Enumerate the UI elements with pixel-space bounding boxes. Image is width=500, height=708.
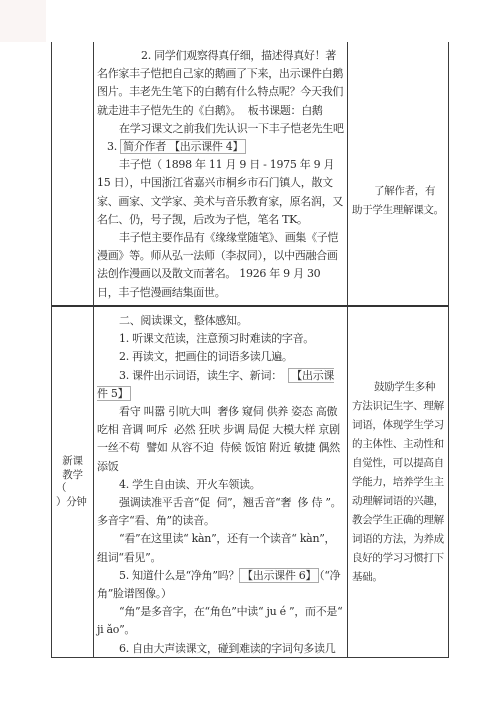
paragraph: 2. 同学们观察得真仔细，描述得真好！著名作家丰子恺把自己家的鹅画了下来，出示课… bbox=[97, 47, 344, 120]
paragraph: （ bbox=[54, 482, 91, 496]
text-run: 3. bbox=[107, 140, 120, 153]
paragraph: 4. 学生自由读、开火车领读。 bbox=[97, 476, 344, 494]
paragraph: “看”在这里读“ kàn”，还有一个读音“ kàn”，组词“看见”。 bbox=[97, 530, 344, 566]
text-run: ）分钟 bbox=[56, 496, 87, 508]
design-intent-text-row2: 鼓励学生多种方法识记生字、理解词语，体现学生学习的主体性、主动性和自觉性，可以提… bbox=[348, 378, 448, 587]
paragraph: 1. 听课文范读，注意预习时难读的字音。 bbox=[97, 330, 344, 348]
text-run: “角”是多音字，在“角色”中读“ ju é ”，而不是“ ji ǎo”。 bbox=[97, 605, 346, 636]
text-run: 4. 学生自由读、开火车领读。 bbox=[119, 478, 261, 491]
text-run: 2. 同学们观察得真仔细，描述得真好！著名作家丰子恺把自己家的鹅画了下来，出示课… bbox=[97, 49, 343, 117]
text-run: 看守 叫嚣 引吭大叫 奢侈 窥伺 供养 姿态 高傲 吃相 音调 呵斥 必然 狂吠… bbox=[97, 405, 343, 473]
text-run: 1. 听课文范读，注意预习时难读的字音。 bbox=[119, 332, 314, 345]
scan-corner-smudge bbox=[0, 0, 46, 42]
paragraph: 3. 简介作者 【出示课件 4】 bbox=[97, 138, 344, 156]
text-run: 教学 bbox=[62, 469, 82, 481]
lesson-plan-table: 2. 同学们观察得真仔细，描述得真好！著名作家丰子恺把自己家的鹅画了下来，出示课… bbox=[51, 42, 449, 658]
paragraph: 丰子恺主要作品有《缘缘堂随笔》、画集《子恺漫画》等。师从弘一法师（李叔同），以中… bbox=[97, 229, 344, 302]
text-run: “看”在这里读“ kàn”，还有一个读音“ kàn”，组词“看见”。 bbox=[97, 532, 335, 563]
design-intent-cell-row2: 鼓励学生多种方法识记生字、理解词语，体现学生学习的主体性、主动性和自觉性，可以提… bbox=[348, 307, 448, 657]
text-run: 二、阅读课文，整体感知。 bbox=[119, 314, 247, 327]
paragraph: 2. 再读文，把画住的词语多读几遍。 bbox=[97, 348, 344, 366]
teaching-content-cell-row1: 2. 同学们观察得真仔细，描述得真好！著名作家丰子恺把自己家的鹅画了下来，出示课… bbox=[94, 42, 348, 307]
paragraph: “角”是多音字，在“角色”中读“ ju é ”，而不是“ ji ǎo”。 bbox=[97, 603, 344, 639]
paragraph: 鼓励学生多种方法识记生字、理解词语，体现学生学习的主体性、主动性和自觉性，可以提… bbox=[352, 378, 444, 587]
paragraph: 教学 bbox=[54, 469, 91, 483]
stage-cell-row1 bbox=[52, 42, 94, 307]
paragraph: 在学习课文之前我们先认识一下丰子恺老先生吧 bbox=[97, 120, 344, 138]
text-run: 丰子恺（ 1898 年 11 月 9 日 - 1975 年 9 月 15 日），… bbox=[97, 158, 343, 226]
paragraph: 看守 叫嚣 引吭大叫 奢侈 窥伺 供养 姿态 高傲 吃相 音调 呵斥 必然 狂吠… bbox=[97, 403, 344, 476]
text-run: （ bbox=[56, 482, 66, 494]
design-intent-cell-row1: 了解作者，有助于学生理解课文。 bbox=[348, 42, 448, 307]
paragraph: 二、阅读课文，整体感知。 bbox=[97, 312, 344, 330]
stage-cell-row2: 新课教学（）分钟 bbox=[52, 307, 94, 657]
text-run: 2. 再读文，把画住的词语多读几遍。 bbox=[119, 350, 293, 363]
design-intent-text-row1: 了解作者，有助于学生理解课文。 bbox=[348, 182, 448, 220]
paragraph: 3. 课件出示词语，读生字、新词： 【出示课件 5】 bbox=[97, 367, 344, 403]
text-run: 新课 bbox=[62, 455, 82, 467]
paragraph: ）分钟 bbox=[54, 496, 91, 510]
paragraph: 新课 bbox=[54, 455, 91, 469]
courseware-slide-highlight: 简介作者 【出示课件 4】 bbox=[120, 139, 246, 154]
paragraph: 了解作者，有助于学生理解课文。 bbox=[352, 182, 444, 220]
text-run: 强调读准平舌音“促 伺”，翘舌音“奢 侈 侍 ”。多音字“看、角”的读音。 bbox=[97, 496, 341, 527]
paragraph: 6. 自由大声读课文，碰到难读的字词句多读几遍。思考：这是一只怎样的白鹅？ bbox=[97, 640, 344, 657]
text-run: 6. 自由大声读课文，碰到难读的字词句多读几遍。思考：这是一只怎样的白鹅？ bbox=[97, 642, 335, 657]
paragraph: 丰子恺（ 1898 年 11 月 9 日 - 1975 年 9 月 15 日），… bbox=[97, 156, 344, 229]
text-run: 鼓励学生多种方法识记生字、理解词语，体现学生学习的主体性、主动性和自觉性，可以提… bbox=[352, 381, 444, 583]
text-run: 3. 课件出示词语，读生字、新词： bbox=[119, 369, 288, 382]
courseware-slide-highlight: 【出示课件 6】 bbox=[239, 568, 319, 583]
text-run: 在学习课文之前我们先认识一下丰子恺老先生吧 bbox=[119, 122, 344, 135]
text-run: 丰子恺主要作品有《缘缘堂随笔》、画集《子恺漫画》等。师从弘一法师（李叔同），以中… bbox=[97, 231, 338, 299]
teaching-content-cell-row2: 二、阅读课文，整体感知。1. 听课文范读，注意预习时难读的字音。2. 再读文，把… bbox=[94, 307, 348, 657]
text-run: 5. 知道什么是“净角”吗？ bbox=[119, 569, 239, 582]
paragraph: 强调读准平舌音“促 伺”，翘舌音“奢 侈 侍 ”。多音字“看、角”的读音。 bbox=[97, 494, 344, 530]
paragraph: 5. 知道什么是“净角”吗？【出示课件 6】（“净角”脸谱图像。） bbox=[97, 567, 344, 603]
text-run: 了解作者，有助于学生理解课文。 bbox=[352, 185, 444, 216]
